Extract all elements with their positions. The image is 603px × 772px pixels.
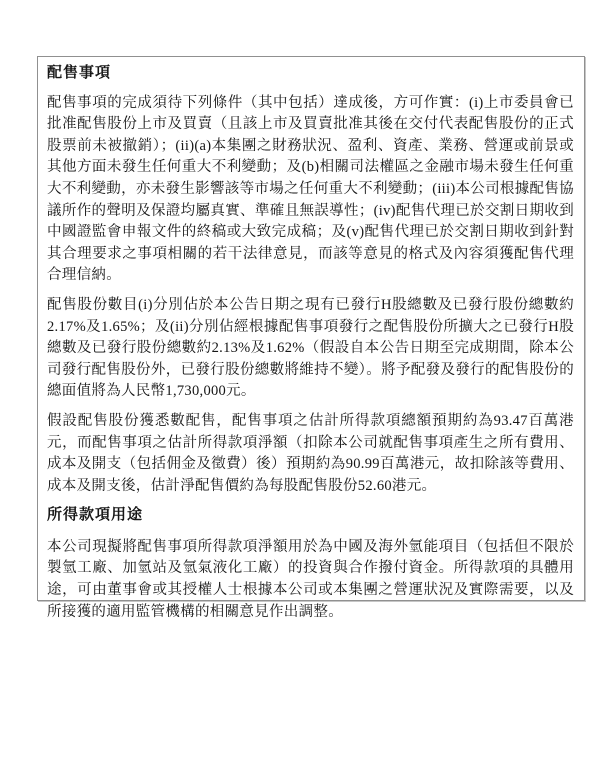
paragraph-placing-conditions: 配售事項的完成須待下列條件（其中包括）達成後，方可作實：(i)上市委員會已批准配… bbox=[47, 93, 574, 287]
paragraph-use-of-proceeds: 本公司現擬將配售事項所得款項淨額用於為中國及海外氫能項目（包括但不限於製氫工廠、… bbox=[47, 537, 574, 623]
paragraph-placing-proceeds-estimate: 假設配售股份獲悉數配售，配售事項之估計所得款項總額預期約為93.47百萬港元，而… bbox=[47, 411, 574, 497]
section-heading-placing: 配售事項 bbox=[47, 63, 574, 85]
paragraph-placing-shares-percentages: 配售股份數目(i)分別佔於本公告日期之現有已發行H股總數及已發行股份總數約2.1… bbox=[47, 295, 574, 403]
document-page: { "colors": { "page_background": "#fffff… bbox=[0, 0, 603, 772]
section-heading-use-of-proceeds: 所得款項用途 bbox=[47, 505, 574, 527]
announcement-text-box: 配售事項 配售事項的完成須待下列條件（其中包括）達成後，方可作實：(i)上市委員… bbox=[37, 56, 585, 601]
